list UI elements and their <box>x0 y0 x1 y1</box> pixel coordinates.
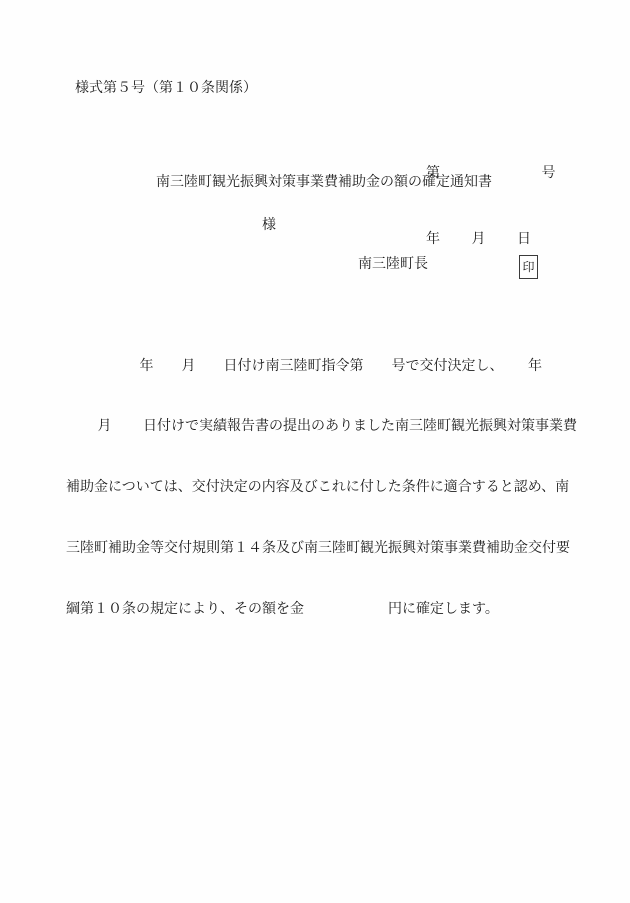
body-line: 綱第１０条の規定により、その額を金 円に確定します。 <box>66 600 577 620</box>
body-line: 補助金については、交付決定の内容及びこれに付した条件に適合すると認め、南 <box>66 478 577 498</box>
document-title: 南三陸町観光振興対策事業費補助金の額の確定通知書 <box>156 176 492 190</box>
document-page: 様式第５号（第１０条関係） 第 号 年 月 日 南三陸町観光振興対策事業費補助金… <box>0 0 630 903</box>
seal-box: 印 <box>519 255 538 279</box>
sender-name: 南三陸町長 <box>358 258 428 272</box>
body-paragraph: 年 月 日付け南三陸町指令第 号で交付決定し、 年 月 日付けで実績報告書の提出… <box>66 316 577 661</box>
seal-character: 印 <box>522 261 534 273</box>
addressee-suffix: 様 <box>262 219 276 233</box>
body-line: 年 月 日付け南三陸町指令第 号で交付決定し、 年 <box>66 357 577 377</box>
date-line: 年 月 日 <box>426 229 556 251</box>
form-number: 様式第５号（第１０条関係） <box>75 82 257 96</box>
body-line: 月 日付けで実績報告書の提出のありました南三陸町観光振興対策事業費 <box>66 417 577 437</box>
body-line: 三陸町補助金等交付規則第１４条及び南三陸町観光振興対策事業費補助金交付要 <box>66 539 577 559</box>
